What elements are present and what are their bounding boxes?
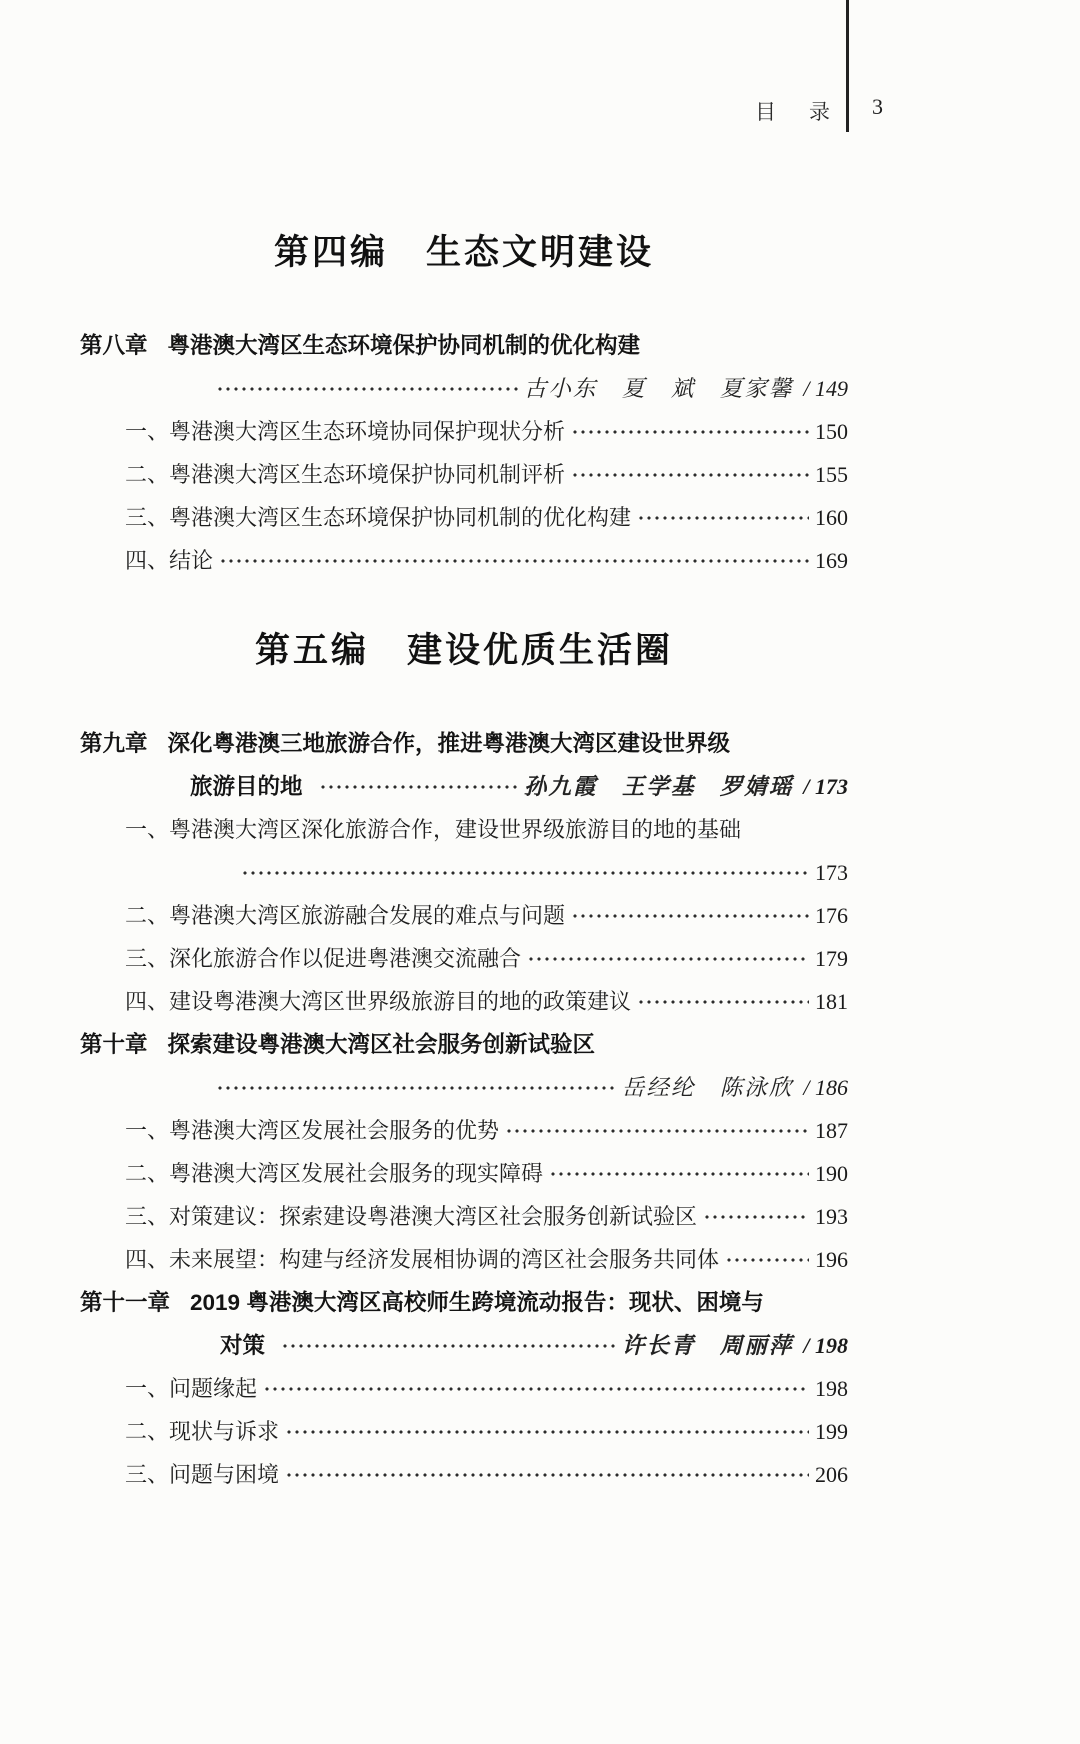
toc-item-page: 160: [815, 496, 848, 539]
toc-item-title: 三、问题与困境: [125, 1453, 279, 1496]
dot-leader: [549, 1152, 809, 1195]
toc-item-page: 199: [815, 1410, 848, 1453]
dot-leader: [285, 1410, 809, 1453]
toc-item-page: 150: [815, 410, 848, 453]
toc-item-title: 二、粤港澳大湾区生态环境保护协同机制评析: [125, 453, 565, 496]
dot-leader: [216, 1066, 616, 1109]
chapter-title-continuation: 对策: [220, 1324, 265, 1367]
toc-item-page: 179: [815, 937, 848, 980]
dot-leader: [725, 1238, 809, 1281]
dot-leader: [571, 894, 809, 937]
chapter-title-continuation: 旅游目的地: [190, 765, 303, 808]
toc-item: 三、深化旅游合作以促进粤港澳交流融合 179: [80, 937, 848, 980]
toc-item: 一、粤港澳大湾区深化旅游合作，建设世界级旅游目的地的基础: [80, 808, 848, 851]
toc-item-title: 一、粤港澳大湾区生态环境协同保护现状分析: [125, 410, 565, 453]
chapter-label: 第八章: [80, 324, 148, 367]
toc-item-wrap-row: 173: [80, 851, 848, 894]
toc-item-title: 二、粤港澳大湾区发展社会服务的现实障碍: [125, 1152, 543, 1195]
chapter-title-continuation-row: 旅游目的地 孙九霞 王学基 罗婧瑶 / 173: [80, 765, 848, 808]
dot-leader: [263, 1367, 809, 1410]
toc-page: 目 录 3 第四编 生态文明建设 第八章 粤港澳大湾区生态环境保护协同机制的优化…: [0, 0, 1080, 1744]
toc-item: 三、对策建议：探索建设粤港澳大湾区社会服务创新试验区 193: [80, 1195, 848, 1238]
toc-item: 四、结论 169: [80, 539, 848, 582]
chapter-author-row: 岳经纶 陈泳欣 / 186: [80, 1066, 848, 1109]
dot-leader: [703, 1195, 809, 1238]
toc-item: 二、粤港澳大湾区旅游融合发展的难点与问题 176: [80, 894, 848, 937]
toc-item-page: 176: [815, 894, 848, 937]
toc-item: 二、现状与诉求 199: [80, 1410, 848, 1453]
chapter-label: 第九章: [80, 722, 148, 765]
chapter-page-ref: / 198: [803, 1324, 848, 1367]
toc-item-title: 三、粤港澳大湾区生态环境保护协同机制的优化构建: [125, 496, 631, 539]
toc-item-page: 206: [815, 1453, 848, 1496]
dot-leader: [219, 539, 809, 582]
toc-item-title: 二、粤港澳大湾区旅游融合发展的难点与问题: [125, 894, 565, 937]
dot-leader: [285, 1453, 809, 1496]
chapter-authors: 岳经纶 陈泳欣: [622, 1066, 794, 1109]
toc-item-page: 181: [815, 980, 848, 1023]
toc-item-title: 二、现状与诉求: [125, 1410, 279, 1453]
toc-item-page: 196: [815, 1238, 848, 1281]
chapter-title: 2019 粤港澳大湾区高校师生跨境流动报告：现状、困境与: [190, 1281, 764, 1324]
chapter-row: 第八章 粤港澳大湾区生态环境保护协同机制的优化构建: [80, 324, 848, 367]
toc-item-page: 187: [815, 1109, 848, 1152]
toc-item-page: 155: [815, 453, 848, 496]
chapter-title: 粤港澳大湾区生态环境保护协同机制的优化构建: [168, 324, 641, 367]
chapter-authors: 许长青 周丽萍: [622, 1324, 794, 1367]
chapter-page-ref: / 173: [803, 765, 848, 808]
chapter-label: 第十章: [80, 1023, 148, 1066]
dot-leader: [241, 851, 809, 894]
toc-item-page: 173: [815, 851, 848, 894]
chapter-title-continuation-row: 对策 许长青 周丽萍 / 198: [80, 1324, 848, 1367]
toc-item-title: 三、对策建议：探索建设粤港澳大湾区社会服务创新试验区: [125, 1195, 697, 1238]
part-heading: 第四编 生态文明建设: [80, 228, 848, 278]
chapter-authors: 孙九霞 王学基 罗婧瑶: [524, 765, 794, 808]
dot-leader: [571, 453, 809, 496]
toc-item: 一、问题缘起 198: [80, 1367, 848, 1410]
chapter-title: 探索建设粤港澳大湾区社会服务创新试验区: [168, 1023, 596, 1066]
dot-leader: [281, 1324, 616, 1367]
toc-item-title: 四、未来展望：构建与经济发展相协调的湾区社会服务共同体: [125, 1238, 719, 1281]
toc-item-title: 一、粤港澳大湾区发展社会服务的优势: [125, 1109, 499, 1152]
dot-leader: [637, 980, 809, 1023]
dot-leader: [505, 1109, 809, 1152]
toc-item-title: 四、建设粤港澳大湾区世界级旅游目的地的政策建议: [125, 980, 631, 1023]
chapter-page-ref: / 149: [803, 367, 848, 410]
toc-item: 三、粤港澳大湾区生态环境保护协同机制的优化构建 160: [80, 496, 848, 539]
toc-item-page: 198: [815, 1367, 848, 1410]
dot-leader: [216, 367, 518, 410]
chapter-page-ref: / 186: [803, 1066, 848, 1109]
dot-leader: [527, 937, 809, 980]
chapter-author-row: 古小东 夏 斌 夏家馨 / 149: [80, 367, 848, 410]
toc-item-title: 一、粤港澳大湾区深化旅游合作，建设世界级旅游目的地的基础: [125, 808, 741, 851]
dot-leader: [637, 496, 809, 539]
toc-item: 一、粤港澳大湾区发展社会服务的优势 187: [80, 1109, 848, 1152]
toc-content: 第四编 生态文明建设 第八章 粤港澳大湾区生态环境保护协同机制的优化构建 古小东…: [80, 228, 848, 1496]
toc-item: 四、建设粤港澳大湾区世界级旅游目的地的政策建议 181: [80, 980, 848, 1023]
part-heading: 第五编 建设优质生活圈: [80, 626, 848, 676]
dot-leader: [571, 410, 809, 453]
toc-item-title: 四、结论: [125, 539, 213, 582]
chapter-row: 第十一章 2019 粤港澳大湾区高校师生跨境流动报告：现状、困境与: [80, 1281, 848, 1324]
toc-item-page: 169: [815, 539, 848, 582]
toc-item: 二、粤港澳大湾区生态环境保护协同机制评析 155: [80, 453, 848, 496]
running-header-title: 目 录: [755, 96, 836, 126]
header-divider-rule: [846, 0, 849, 132]
toc-item: 一、粤港澳大湾区生态环境协同保护现状分析 150: [80, 410, 848, 453]
chapter-row: 第十章 探索建设粤港澳大湾区社会服务创新试验区: [80, 1023, 848, 1066]
toc-item-title: 一、问题缘起: [125, 1367, 257, 1410]
toc-item-title: 三、深化旅游合作以促进粤港澳交流融合: [125, 937, 521, 980]
chapter-row: 第九章 深化粤港澳三地旅游合作，推进粤港澳大湾区建设世界级: [80, 722, 848, 765]
chapter-authors: 古小东 夏 斌 夏家馨: [524, 367, 794, 410]
toc-item: 二、粤港澳大湾区发展社会服务的现实障碍 190: [80, 1152, 848, 1195]
toc-item-page: 193: [815, 1195, 848, 1238]
chapter-title: 深化粤港澳三地旅游合作，推进粤港澳大湾区建设世界级: [168, 722, 731, 765]
dot-leader: [319, 765, 518, 808]
toc-item: 三、问题与困境 206: [80, 1453, 848, 1496]
chapter-label: 第十一章: [80, 1281, 170, 1324]
toc-item: 四、未来展望：构建与经济发展相协调的湾区社会服务共同体 196: [80, 1238, 848, 1281]
page-number: 3: [872, 94, 883, 120]
toc-item-page: 190: [815, 1152, 848, 1195]
